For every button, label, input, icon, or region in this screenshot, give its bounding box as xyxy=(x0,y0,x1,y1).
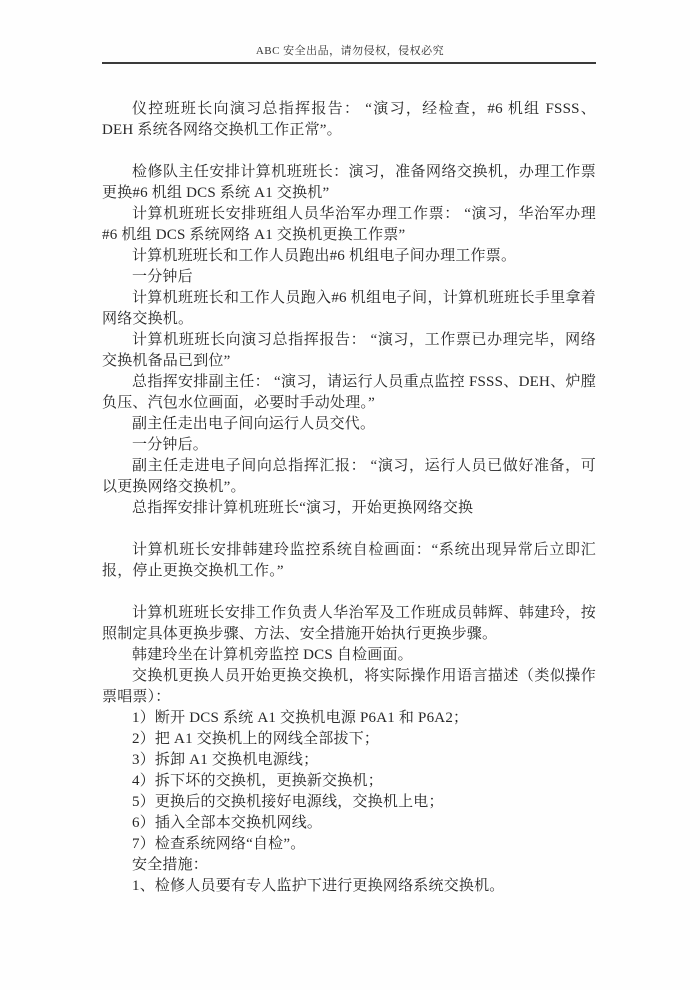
header-watermark-text: ABC 安全出品，请勿侵权，侵权必究 xyxy=(0,42,700,58)
paragraph: 4）拆下坏的交换机，更换新交换机； xyxy=(102,771,596,792)
paragraph: 7）检查系统网络“自检”。 xyxy=(102,834,596,855)
paragraph: 计算机班班长和工作人员跑入#6 机组电子间，计算机班班长手里拿着网络交换机。 xyxy=(102,288,596,330)
document-page: ABC 安全出品，请勿侵权，侵权必究 仪控班班长向演习总指挥报告： “演习，经检… xyxy=(0,0,700,990)
paragraph: 计算机班班长安排班组人员华治军办理工作票： “演习，华治军办理#6 机组 DCS… xyxy=(102,204,596,246)
paragraph: 1、检修人员要有专人监护下进行更换网络系统交换机。 xyxy=(102,876,596,897)
paragraph: 计算机班班长和工作人员跑出#6 机组电子间办理工作票。 xyxy=(102,246,596,267)
paragraph: 总指挥安排副主任： “演习，请运行人员重点监控 FSSS、DEH、炉膛负压、汽包… xyxy=(102,372,596,414)
paragraph: 韩建玲坐在计算机旁监控 DCS 自检画面。 xyxy=(102,645,596,666)
paragraph: 仪控班班长向演习总指挥报告： “演习，经检查，#6 机组 FSSS、DEH 系统… xyxy=(102,99,596,141)
document-body: 仪控班班长向演习总指挥报告： “演习，经检查，#6 机组 FSSS、DEH 系统… xyxy=(102,99,596,897)
paragraph: 计算机班长安排韩建玲监控系统自检画面：“系统出现异常后立即汇报，停止更换交换机工… xyxy=(102,540,596,582)
paragraph: 副主任走进电子间向总指挥汇报： “演习，运行人员已做好准备，可以更换网络交换机”… xyxy=(102,456,596,498)
paragraph: 1）断开 DCS 系统 A1 交换机电源 P6A1 和 P6A2； xyxy=(102,708,596,729)
paragraph: 5）更换后的交换机接好电源线，交换机上电； xyxy=(102,792,596,813)
paragraph: 一分钟后。 xyxy=(102,435,596,456)
paragraph: 6）插入全部本交换机网线。 xyxy=(102,813,596,834)
paragraph: 副主任走出电子间向运行人员交代。 xyxy=(102,414,596,435)
paragraph: 计算机班班长安排工作负责人华治军及工作班成员韩辉、韩建玲，按照制定具体更换步骤、… xyxy=(102,603,596,645)
paragraph: 总指挥安排计算机班班长“演习，开始更换网络交换 xyxy=(102,498,596,519)
paragraph: 2）把 A1 交换机上的网线全部拔下； xyxy=(102,729,596,750)
paragraph: 交换机更换人员开始更换交换机，将实际操作用语言描述（类似操作票唱票）： xyxy=(102,666,596,708)
paragraph: 计算机班班长向演习总指挥报告： “演习，工作票已办理完毕，网络交换机备品已到位” xyxy=(102,330,596,372)
paragraph: 安全措施： xyxy=(102,855,596,876)
paragraph: 3）拆卸 A1 交换机电源线； xyxy=(102,750,596,771)
header-divider xyxy=(102,62,596,64)
paragraph: 一分钟后 xyxy=(102,267,596,288)
paragraph: 检修队主任安排计算机班班长：演习，准备网络交换机，办理工作票更换#6 机组 DC… xyxy=(102,162,596,204)
